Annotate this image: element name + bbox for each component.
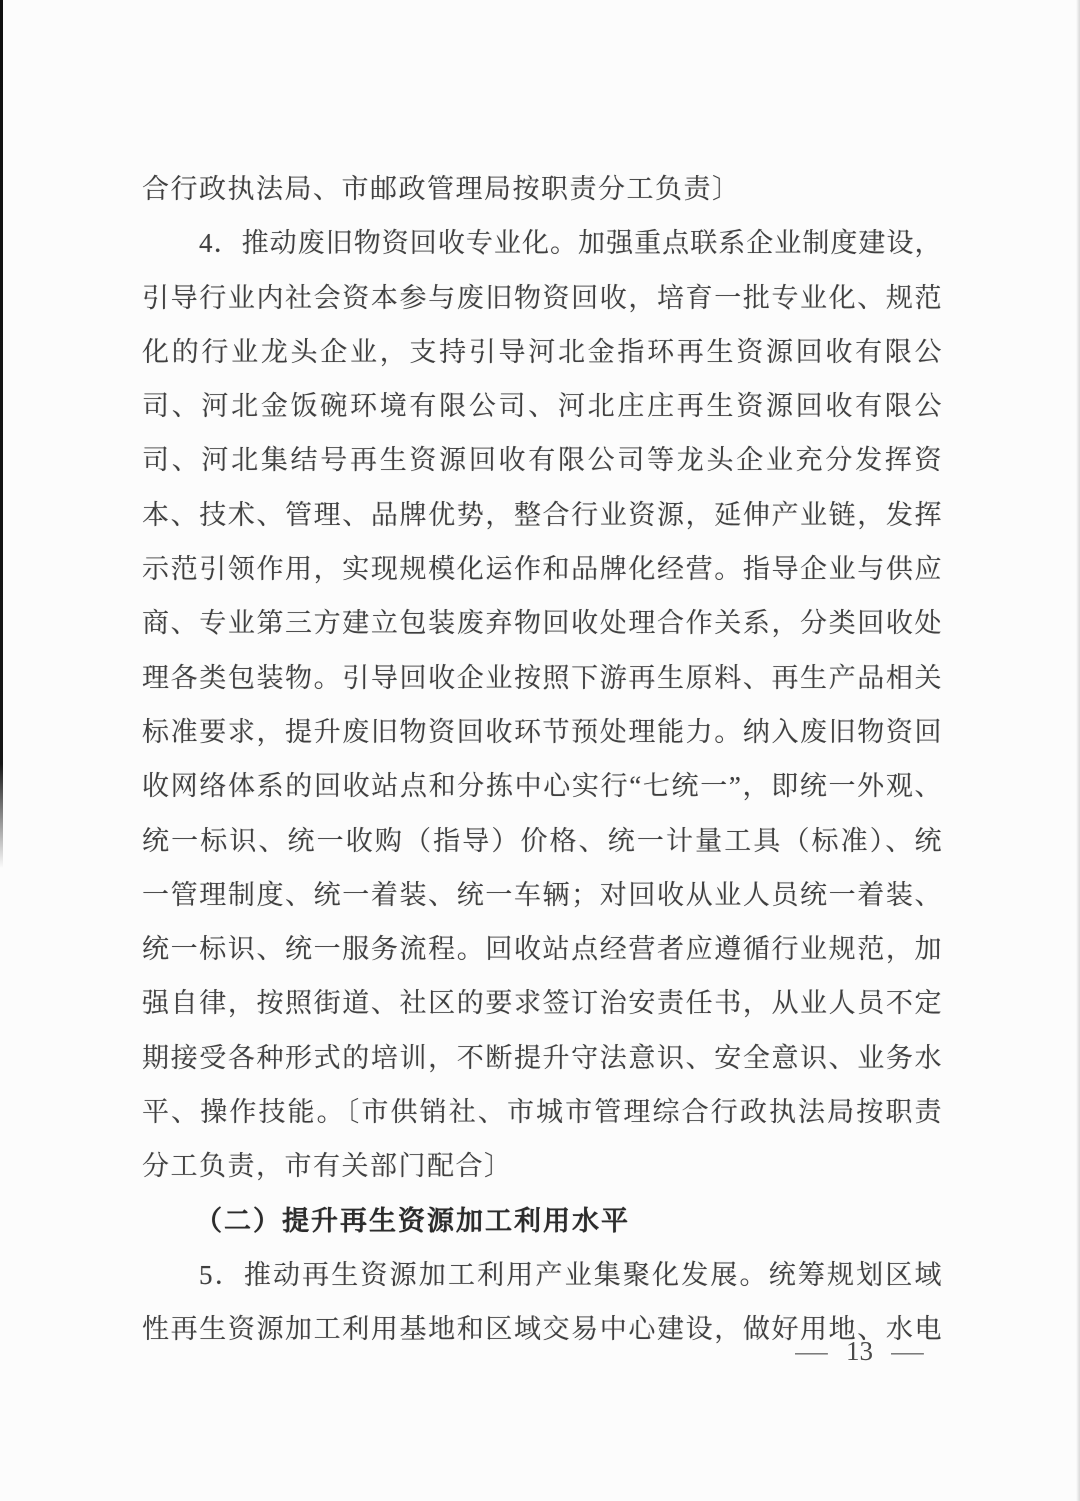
- page-number: — 13 —: [798, 1336, 921, 1367]
- text-line: 理各类包装物。引导回收企业按照下游再生原料、再生产品相关: [142, 651, 942, 705]
- text-line: 标准要求，提升废旧物资回收环节预处理能力。纳入废旧物资回: [142, 705, 942, 759]
- text-line: 强自律，按照街道、社区的要求签订治安责任书，从业人员不定: [142, 976, 942, 1030]
- page-number-dash-left: —: [795, 1336, 827, 1367]
- document-body: 合行政执法局、市邮政管理局按职责分工负责〕 4．推动废旧物资回收专业化。加强重点…: [142, 162, 942, 1357]
- text-line: 示范引领作用，实现规模化运作和品牌化经营。指导企业与供应: [142, 542, 942, 596]
- text-line: 一管理制度、统一着装、统一车辆；对回收从业人员统一着装、: [142, 868, 942, 922]
- text-line: 司、河北集结号再生资源回收有限公司等龙头企业充分发挥资: [142, 433, 942, 487]
- document-page: 合行政执法局、市邮政管理局按职责分工负责〕 4．推动废旧物资回收专业化。加强重点…: [0, 0, 1080, 1501]
- text-line: 5．推动再生资源加工利用产业集聚化发展。统筹规划区域: [142, 1248, 942, 1302]
- scan-edge-right: [1076, 0, 1080, 1501]
- scan-edge-left: [0, 0, 3, 868]
- text-line: 统一标识、统一服务流程。回收站点经营者应遵循行业规范，加: [142, 922, 942, 976]
- text-line: 司、河北金饭碗环境有限公司、河北庄庄再生资源回收有限公: [142, 379, 942, 433]
- text-line: 合行政执法局、市邮政管理局按职责分工负责〕: [142, 162, 942, 216]
- section-heading: （二）提升再生资源加工利用水平: [142, 1194, 942, 1248]
- text-line: 商、专业第三方建立包装废弃物回收处理合作关系，分类回收处: [142, 596, 942, 650]
- text-line: 4．推动废旧物资回收专业化。加强重点联系企业制度建设，: [142, 216, 942, 270]
- text-line: 收网络体系的回收站点和分拣中心实行“七统一”，即统一外观、: [142, 759, 942, 813]
- text-line: 本、技术、管理、品牌优势，整合行业资源，延伸产业链，发挥: [142, 488, 942, 542]
- page-number-value: 13: [846, 1336, 873, 1367]
- page-number-dash-right: —: [891, 1336, 923, 1367]
- text-line: 分工负责，市有关部门配合〕: [142, 1139, 942, 1193]
- text-line: 引导行业内社会资本参与废旧物资回收，培育一批专业化、规范: [142, 271, 942, 325]
- text-line: 平、操作技能。〔市供销社、市城市管理综合行政执法局按职责: [142, 1085, 942, 1139]
- text-line: 统一标识、统一收购（指导）价格、统一计量工具（标准）、统: [142, 814, 942, 868]
- text-line: 期接受各种形式的培训，不断提升守法意识、安全意识、业务水: [142, 1031, 942, 1085]
- text-line: 化的行业龙头企业，支持引导河北金指环再生资源回收有限公: [142, 325, 942, 379]
